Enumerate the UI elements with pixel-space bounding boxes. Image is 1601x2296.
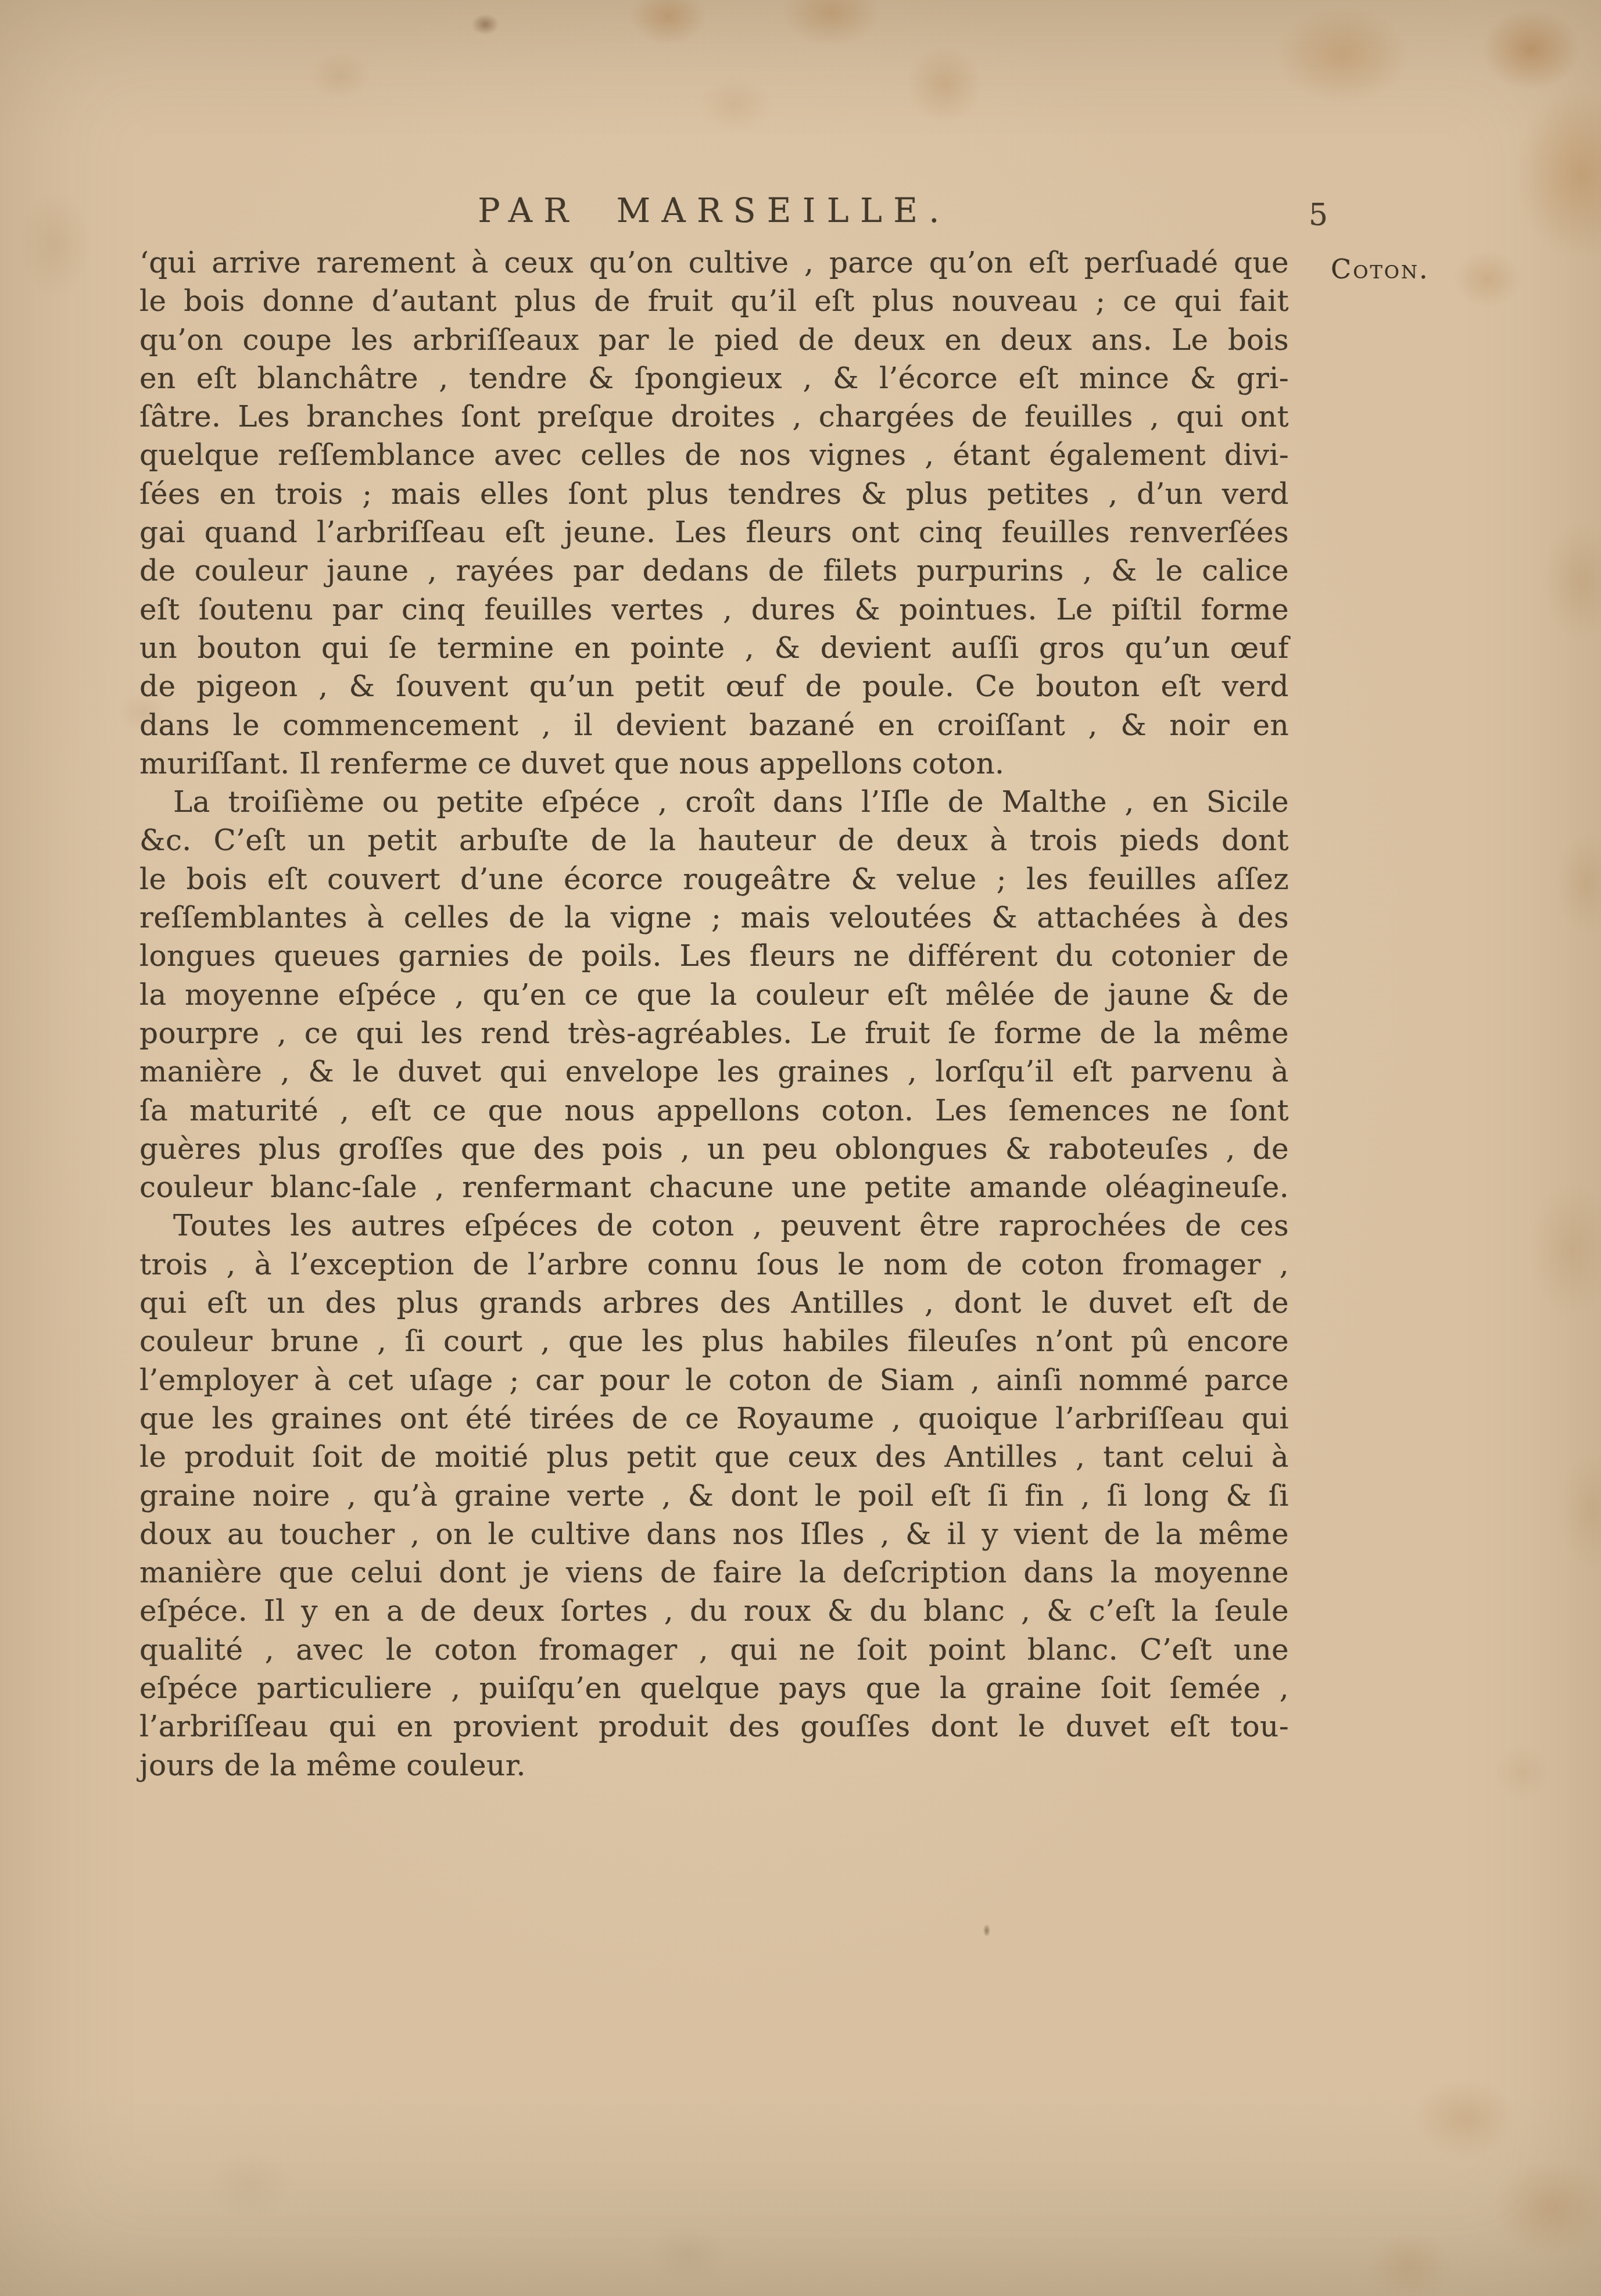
text-line: qu’on coupe les arbriſſeaux par le pied … xyxy=(139,321,1289,359)
text-line: quelque reſſemblance avec celles de nos … xyxy=(139,436,1289,474)
text-line: qui eſt un des plus grands arbres des An… xyxy=(139,1284,1289,1322)
text-line: l’arbriſſeau qui en provient produit des… xyxy=(139,1707,1289,1746)
text-line: ſa maturité , eſt ce que nous appellons … xyxy=(139,1091,1289,1130)
text-line: que les graines ont été tirées de ce Roy… xyxy=(139,1399,1289,1438)
text-line: ſées en trois ; mais elles ſont plus ten… xyxy=(139,475,1289,513)
text-line: qualité , avec le coton fromager , qui n… xyxy=(139,1631,1289,1669)
text-line: manière , & le duvet qui envelope les gr… xyxy=(139,1052,1289,1091)
text-line: couleur blanc-ſale , renfermant chacune … xyxy=(139,1168,1289,1206)
text-line: trois , à l’exception de l’arbre connu ſ… xyxy=(139,1245,1289,1284)
text-line: eſpéce. Il y en a de deux ſortes , du ro… xyxy=(139,1592,1289,1630)
text-line: en eſt blanchâtre , tendre & ſpongieux ,… xyxy=(139,359,1289,397)
text-line: gai quand l’arbriſſeau eſt jeune. Les fl… xyxy=(139,513,1289,551)
text-line: de couleur jaune , rayées par dedans de … xyxy=(139,551,1289,590)
text-line: couleur brune , ſi court , que les plus … xyxy=(139,1322,1289,1360)
text-line: graine noire , qu’à graine verte , & don… xyxy=(139,1477,1289,1515)
text-line: eſpéce particuliere , puiſqu’en quelque … xyxy=(139,1669,1289,1707)
body-text: ‘qui arrive rarement à ceux qu’on cultiv… xyxy=(139,243,1289,1785)
text-line: un bouton qui ſe termine en pointe , & d… xyxy=(139,629,1289,667)
text-line: pourpre , ce qui les rend très-agréables… xyxy=(139,1014,1289,1052)
text-line: La troiſième ou petite eſpéce , croît da… xyxy=(139,783,1289,821)
text-line: l’employer à cet uſage ; car pour le cot… xyxy=(139,1361,1289,1399)
text-line: Toutes les autres eſpéces de coton , peu… xyxy=(139,1206,1289,1245)
text-line: la moyenne eſpéce , qu’en ce que la coul… xyxy=(139,976,1289,1014)
text-line: ‘qui arrive rarement à ceux qu’on cultiv… xyxy=(139,243,1289,282)
text-line: &c. C’eſt un petit arbuſte de la hauteur… xyxy=(139,821,1289,859)
text-line: muriſſant. Il renferme ce duvet que nous… xyxy=(139,744,1289,783)
running-header: PAR MARSEILLE. xyxy=(139,192,1289,230)
text-line: eſt ſoutenu par cinq feuilles vertes , d… xyxy=(139,590,1289,629)
text-line: ſâtre. Les branches ſont preſque droites… xyxy=(139,397,1289,436)
text-line: le bois eſt couvert d’une écorce rougeât… xyxy=(139,860,1289,898)
text-line: longues queues garnies de poils. Les fle… xyxy=(139,937,1289,975)
text-line: jours de la même couleur. xyxy=(139,1746,1289,1785)
text-line: manière que celui dont je viens de faire… xyxy=(139,1553,1289,1592)
page-number: 5 xyxy=(1309,198,1328,232)
text-line: guères plus groſſes que des pois , un pe… xyxy=(139,1130,1289,1168)
text-line: le bois donne d’autant plus de fruit qu’… xyxy=(139,282,1289,320)
text-line: dans le commencement , il devient bazané… xyxy=(139,706,1289,744)
text-line: de pigeon , & ſouvent qu’un petit œuf de… xyxy=(139,667,1289,705)
text-line: doux au toucher , on le cultive dans nos… xyxy=(139,1515,1289,1553)
text-line: reſſemblantes à celles de la vigne ; mai… xyxy=(139,898,1289,937)
text-line: le produit ſoit de moitié plus petit que… xyxy=(139,1438,1289,1476)
margin-note-coton: Coton. xyxy=(1331,253,1430,285)
